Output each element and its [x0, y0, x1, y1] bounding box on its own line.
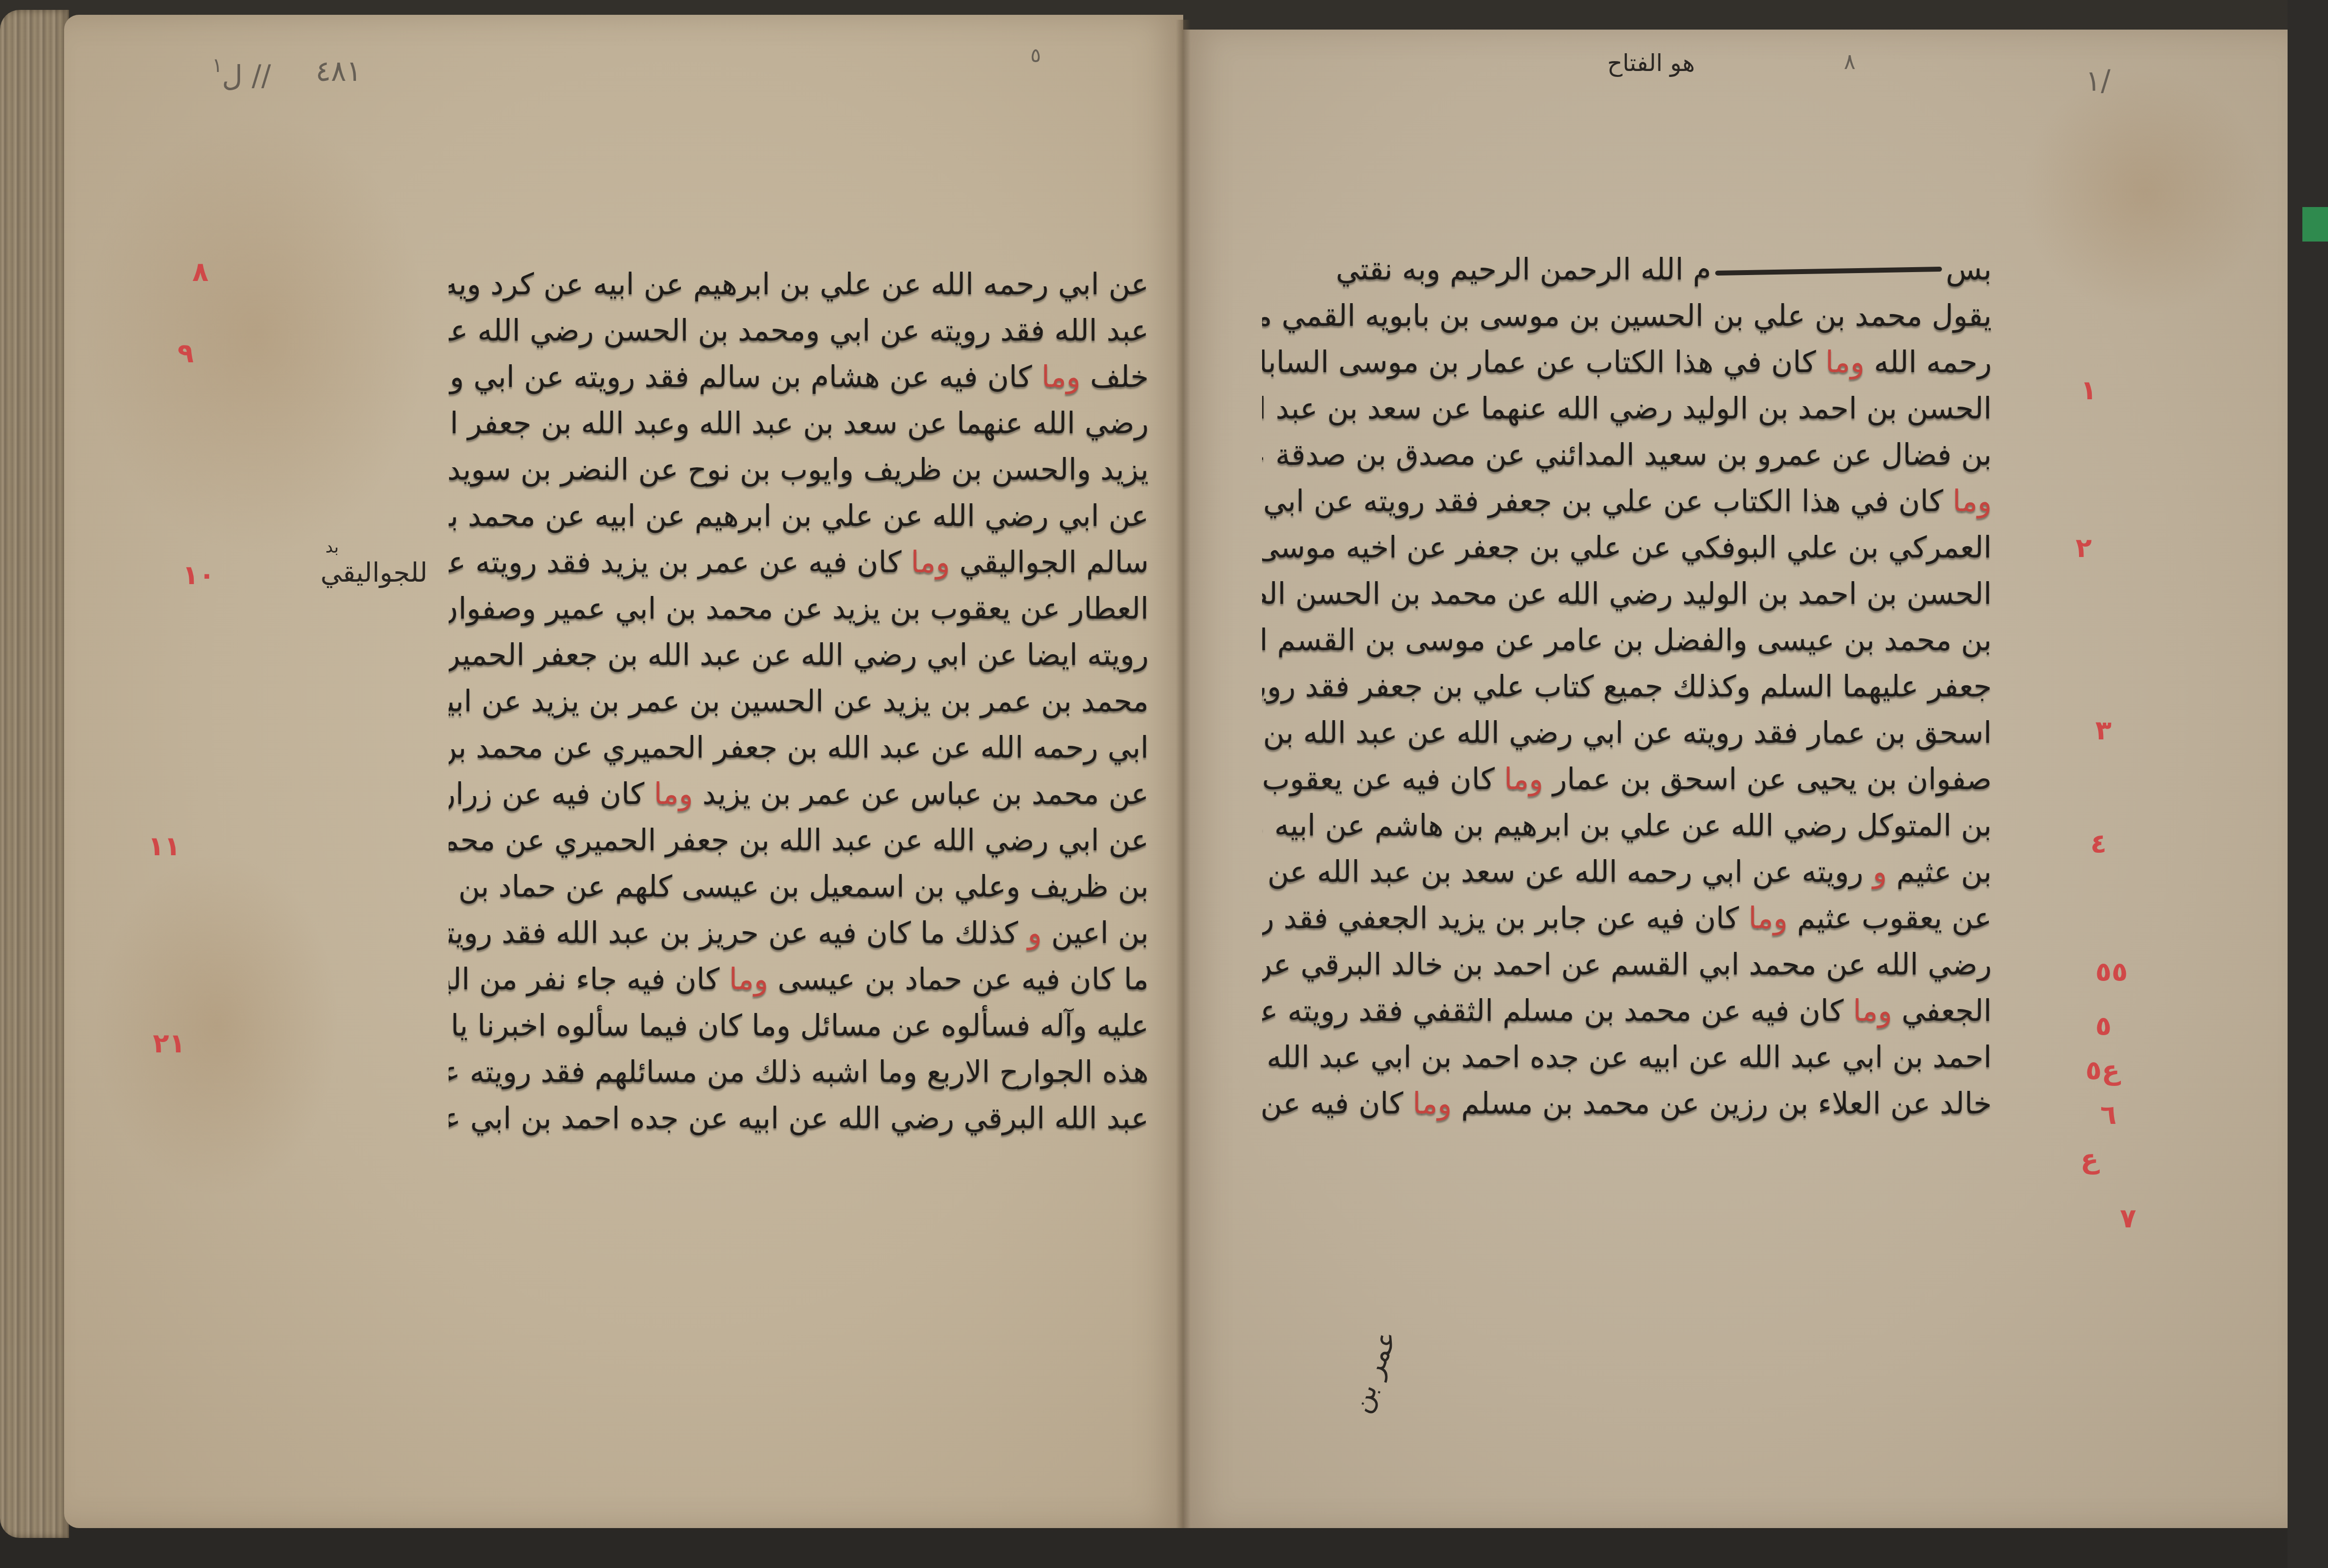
right-page-text: بسم الله الرحمن الرحيم وبه نقتي يقول محم… [1262, 246, 1992, 1127]
right-page: هو الفتاح ٨ ١/ ١ ٢ ٣ ٤ ٥٥ ٥ ع٥ ٦ ع ٧ بسم… [1183, 30, 2288, 1528]
invocation-heading: هو الفتاح [1607, 49, 1695, 77]
text-line: خلف وما كان فيه عن هشام بن سالم فقد رويت… [449, 354, 1149, 400]
rubric-word: و [1873, 855, 1887, 889]
text-line: احمد بن ابي عبد الله عن ابيه عن جده احمد… [1262, 1034, 1992, 1080]
text-line: صفوان بن يحيى عن اسحق بن عمار وما كان في… [1262, 756, 1992, 802]
pencil-mark-center: ٥ [1030, 44, 1041, 67]
left-page: ل // ١ ٤٨١ ٥ ٨ ٩ ١٠ ١١ ٢١ بد للجواليقي ع… [64, 15, 1183, 1528]
text-line: رضي الله عنهما عن سعد بن عبد الله وعبد ا… [449, 400, 1149, 447]
rubric-word: وما [1412, 1086, 1451, 1121]
text-line: عن ابي رحمه الله عن علي بن ابرهيم عن ابي… [449, 261, 1149, 308]
text-line: بن ظريف وعلي بن اسمعيل بن عيسى كلهم عن ح… [449, 864, 1149, 910]
text-line: جعفر عليهما السلم وكذلك جميع كتاب علي بن… [1262, 663, 1992, 710]
left-page-text: عن ابي رحمه الله عن علي بن ابرهيم عن ابي… [449, 261, 1149, 1142]
text-line: رويته ايضا عن ابي رضي الله عن عبد الله ب… [449, 632, 1149, 678]
margin-numeral: ١٠ [182, 559, 215, 591]
text-line: بن عثيم و رويته عن ابي رحمه الله عن سعد … [1262, 849, 1992, 895]
text-line: بن محمد بن عيسى والفضل بن عامر عن موسى ب… [1262, 617, 1992, 663]
text-line: العطار عن يعقوب بن يزيد عن محمد بن ابي ع… [449, 586, 1149, 632]
margin-numeral: ٦ [2100, 1099, 2116, 1130]
text-line: هذه الجوارح الاربع وما اشبه ذلك من مسائل… [449, 1049, 1149, 1095]
rubric-word: وما [1826, 345, 1865, 380]
text-line: العمركي بن علي البوفكي عن علي بن جعفر عن… [1262, 524, 1992, 571]
margin-numeral: ٥٥ [2095, 956, 2128, 987]
rubric-word: وما [1953, 484, 1992, 519]
page-block-edge [0, 10, 69, 1538]
margin-numeral: ٩ [177, 338, 194, 369]
margin-numeral: ع [2081, 1144, 2099, 1175]
text-line: سالم الجواليقي وما كان فيه عن عمر بن يزي… [449, 539, 1149, 586]
text-line: خالد عن العلاء بن رزين عن محمد بن مسلم و… [1262, 1080, 1992, 1127]
text-line: عن ابي رضي الله عن عبد الله بن جعفر الحم… [449, 817, 1149, 864]
rubric-word: وما [1748, 901, 1787, 936]
text-line: محمد بن عمر بن يزيد عن الحسين بن عمر بن … [449, 678, 1149, 725]
margin-note-super: بد [325, 537, 339, 557]
margin-numeral: ٣ [2095, 715, 2112, 746]
text-line: بن المتوكل رضي الله عن علي بن ابرهيم بن … [1262, 802, 1992, 849]
text-line: الجعفي وما كان فيه عن محمد بن مسلم الثقف… [1262, 988, 1992, 1034]
text-line: رضي الله عن محمد ابي القسم عن احمد بن خا… [1262, 941, 1992, 988]
text-line: عليه وآله فسألوه عن مسائل وما كان فيما س… [449, 1003, 1149, 1049]
green-bookmark-tab [2302, 207, 2328, 242]
margin-numeral: ٨ [192, 256, 209, 287]
margin-note: للجواليقي [320, 557, 427, 588]
water-stain [2021, 69, 2268, 315]
text-line: يقول محمد بن علي بن الحسين بن موسى بن با… [1262, 293, 1992, 339]
margin-numeral: ١١ [148, 831, 180, 862]
pencil-mark: ١ [212, 54, 222, 77]
margin-numeral: ٤ [2090, 828, 2107, 859]
pencil-mark-top-left: ل // [222, 59, 271, 93]
text-line: بن فضال عن عمرو بن سعيد المدائني عن مصدق… [1262, 432, 1992, 478]
margin-numeral: ١ [2081, 375, 2097, 406]
text-line: ابي رحمه الله عن عبد الله بن جعفر الحمير… [449, 725, 1149, 771]
text-line: عبد الله البرقي رضي الله عن ابيه عن جده … [449, 1095, 1149, 1142]
text-line: الحسن بن احمد بن الوليد رضي الله عنهما ع… [1262, 385, 1992, 432]
text-line: بن اعين و كذلك ما كان فيه عن حريز بن عبد… [449, 910, 1149, 956]
margin-numeral: ٢١ [153, 1028, 185, 1059]
water-stain [84, 113, 429, 557]
water-stain [94, 853, 340, 1198]
text-line: عبد الله فقد رويته عن ابي ومحمد بن الحسن… [449, 308, 1149, 354]
text-line: وما كان في هذا الكتاب عن علي بن جعفر فقد… [1262, 478, 1992, 524]
text-line: عن محمد بن عباس عن عمر بن يزيد وما كان ف… [449, 771, 1149, 817]
margin-numeral: ٧ [2120, 1203, 2136, 1234]
rubric-word: وما [1853, 994, 1892, 1028]
margin-numeral: ٥ [2095, 1010, 2112, 1042]
rubric-word: و [1027, 916, 1042, 950]
pencil-mark: ٨ [1844, 49, 1856, 74]
basmala-line: بسم الله الرحمن الرحيم وبه نقتي [1262, 246, 1992, 293]
rubric-word: وما [1041, 360, 1080, 394]
rubric-word: وما [1504, 762, 1543, 797]
margin-numeral: ٢ [2076, 532, 2092, 563]
text-line: يزيد والحسن بن ظريف وايوب بن نوح عن النض… [449, 447, 1149, 493]
text-line: عن يعقوب عثيم وما كان فيه عن جابر بن يزي… [1262, 895, 1992, 941]
pencil-folio-number: ١/ [2085, 64, 2111, 98]
text-line: الحسن بن احمد بن الوليد رضي الله عن محمد… [1262, 571, 1992, 617]
text-line: رحمه الله وما كان في هذا الكتاب عن عمار … [1262, 339, 1992, 385]
text-line: اسحق بن عمار فقد رويته عن ابي رضي الله ع… [1262, 710, 1992, 756]
basmala-extended-stroke [1715, 267, 1942, 276]
text-line: عن ابي رضي الله عن علي بن ابرهيم عن ابيه… [449, 493, 1149, 539]
open-manuscript: ل // ١ ٤٨١ ٥ ٨ ٩ ١٠ ١١ ٢١ بد للجواليقي ع… [0, 0, 2328, 1568]
margin-numeral: ع٥ [2085, 1055, 2120, 1086]
rubric-word: وما [729, 962, 768, 997]
book-gutter [1176, 20, 1191, 1528]
rubric-word: وما [654, 777, 693, 811]
pencil-folio-number: ٤٨١ [316, 54, 361, 88]
rubric-word: وما [911, 545, 950, 580]
bottom-inscription: عمر بن [1344, 1326, 1403, 1417]
text-line: ما كان فيه عن حماد بن عيسى وما كان فيه ج… [449, 956, 1149, 1003]
